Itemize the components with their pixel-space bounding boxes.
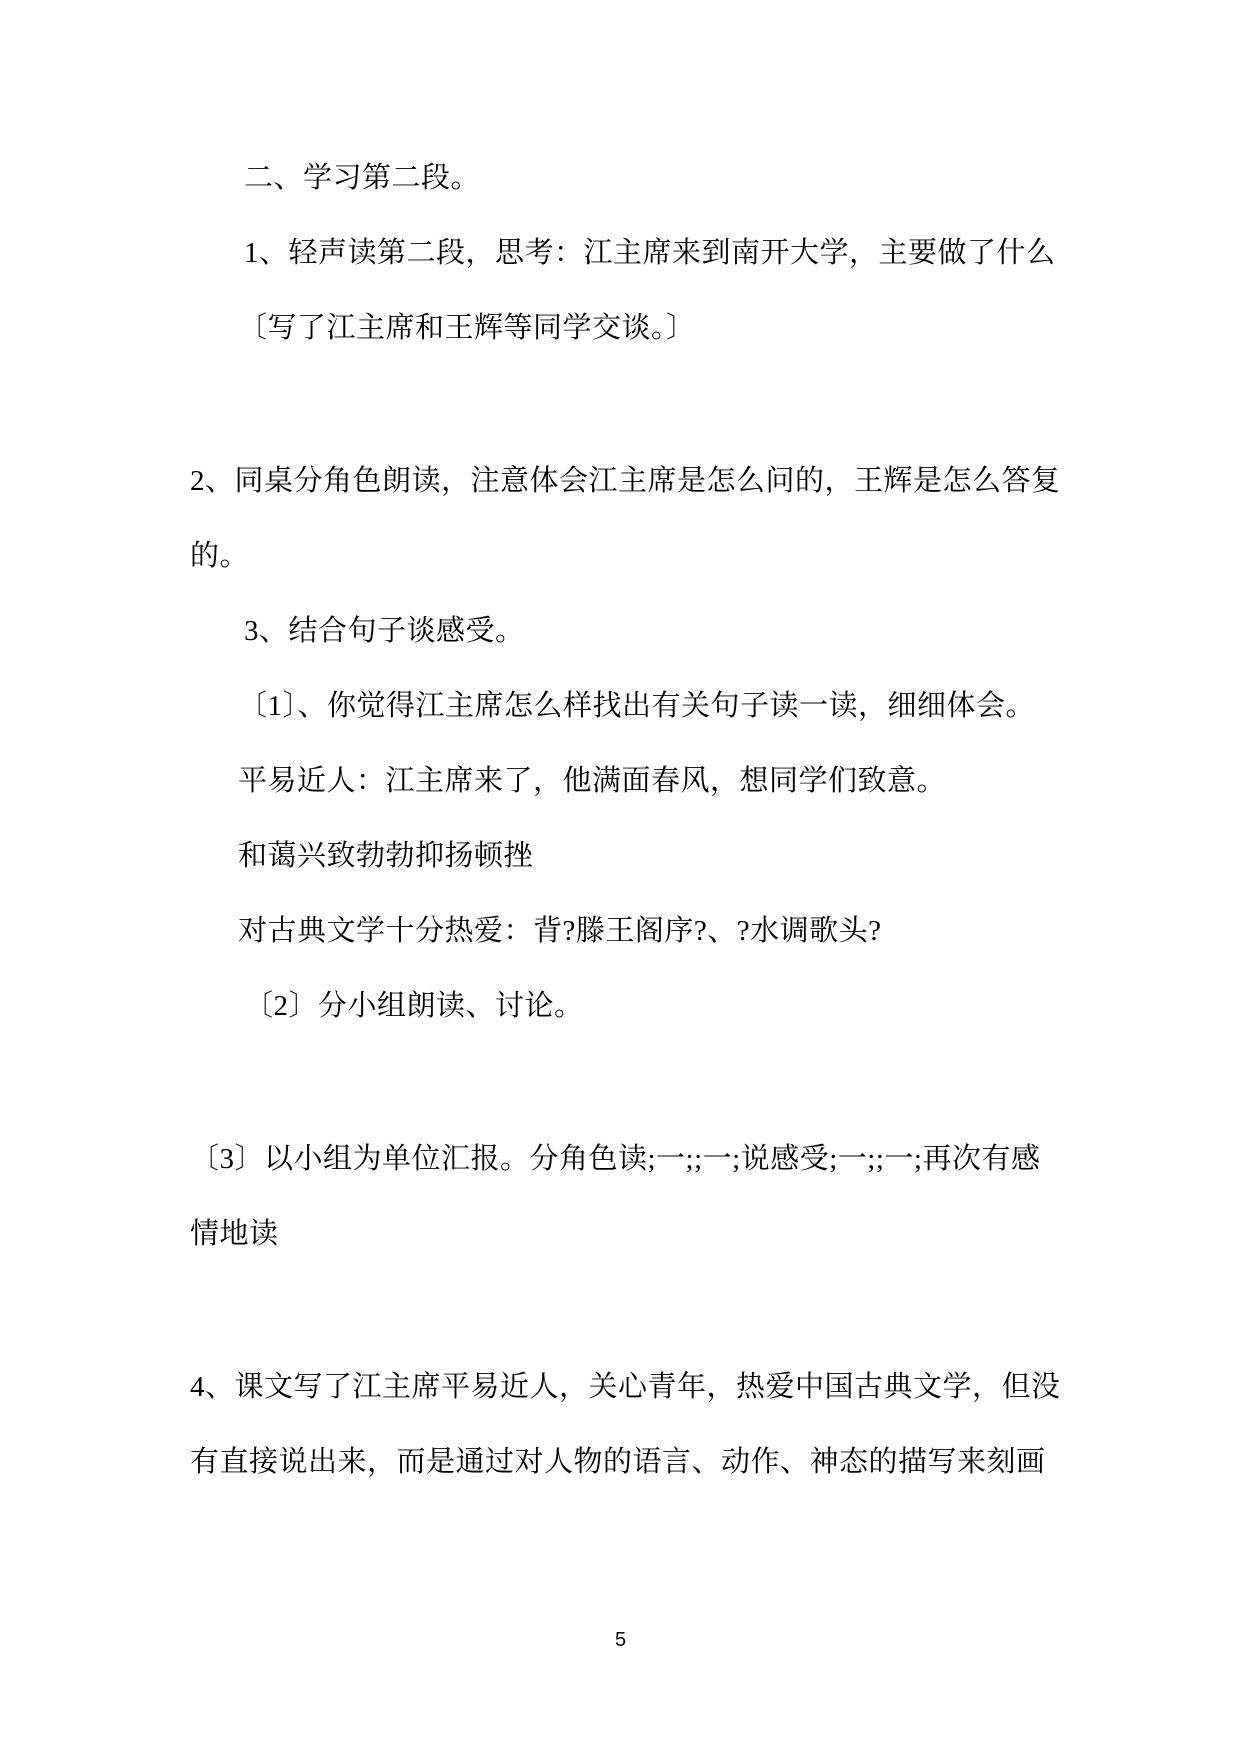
step-4-line-2: 有直接说出来，而是通过对人物的语言、动作、神态的描写来刻画 [190, 1425, 1066, 1500]
substep-3-line-2: 情地读 [190, 1197, 1066, 1272]
phrase-classical-literature: 对古典文学十分热爱：背?滕王阁序?、?水调歌头? [190, 894, 1066, 969]
substep-1-line: 〔1〕、你觉得江主席怎么样找出有关句子读一读，细细体会。 [190, 669, 1066, 744]
step-3-heading: 3、结合句子谈感受。 [190, 594, 1066, 669]
step-2-line-1: 2、同桌分角色朗读，注意体会江主席是怎么问的，王辉是怎么答复 [190, 444, 1066, 519]
step-1-line: 1、轻声读第二段，思考：江主席来到南开大学，主要做了什么 [190, 216, 1066, 291]
section-heading-two: 二、学习第二段。 [190, 141, 1066, 216]
document-page: 二、学习第二段。 1、轻声读第二段，思考：江主席来到南开大学，主要做了什么 〔写… [0, 0, 1241, 1754]
phrase-heai-line: 和蔼兴致勃勃抑扬顿挫 [190, 819, 1066, 894]
phrase-pingyijinren-line: 平易近人：江主席来了，他满面春风，想同学们致意。 [190, 744, 1066, 819]
step-4-line-1: 4、课文写了江主席平易近人，关心青年，热爱中国古典文学，但没 [190, 1350, 1066, 1425]
substep-3-line-1: 〔3〕以小组为单位汇报。分角色读;一;;一;说感受;一;;一;再次有感 [190, 1122, 1066, 1197]
step-2-line-2: 的。 [190, 519, 1066, 594]
page-number: 5 [0, 1628, 1241, 1652]
document-body: 二、学习第二段。 1、轻声读第二段，思考：江主席来到南开大学，主要做了什么 〔写… [190, 141, 1066, 1500]
step-1-answer-note: 〔写了江主席和王辉等同学交谈。〕 [190, 291, 1066, 366]
substep-2-line: 〔2〕分小组朗读、讨论。 [190, 969, 1066, 1044]
